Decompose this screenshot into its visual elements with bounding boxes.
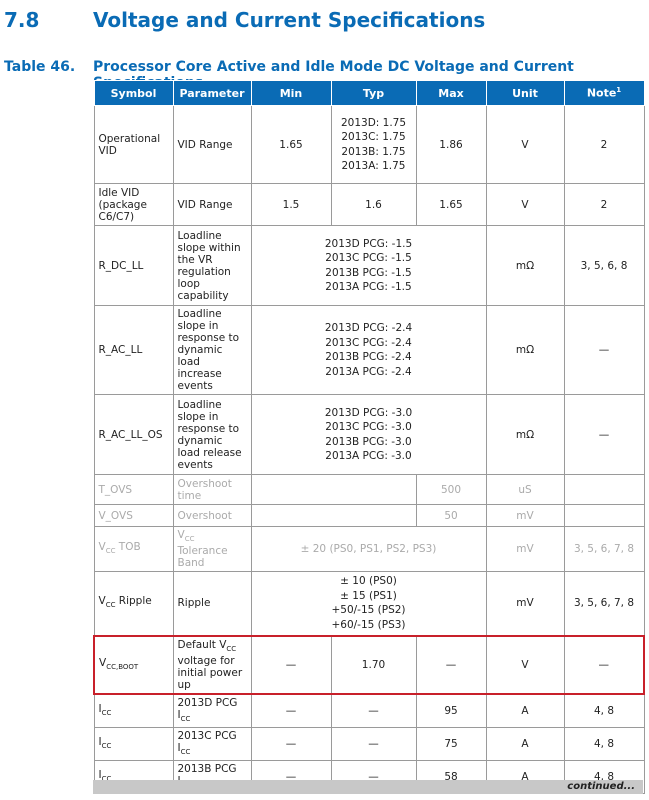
param-cell: Loadline slope within the VR regulation … (173, 226, 251, 306)
symbol-cell: ICC (94, 727, 173, 760)
max-cell: 500 (416, 475, 486, 505)
typ-cell: 2013D: 1.752013C: 1.752013B: 1.752013A: … (331, 106, 416, 184)
note-cell: 4, 8 (564, 727, 644, 760)
table-row: V_OVS Overshoot 50 mV (94, 505, 644, 527)
table-number: Table 46. (4, 59, 75, 75)
symbol-cell: R_DC_LL (94, 226, 173, 306)
table-row: Idle VID (package C6/C7) VID Range 1.5 1… (94, 184, 644, 226)
note-cell: — (564, 395, 644, 475)
max-cell: 50 (416, 505, 486, 527)
continued-label: continued... (93, 780, 643, 794)
header-parameter: Parameter (173, 81, 251, 106)
max-cell: 95 (416, 694, 486, 728)
min-cell: 1.5 (251, 184, 331, 226)
note-cell (564, 475, 644, 505)
header-unit: Unit (486, 81, 564, 106)
symbol-cell: R_AC_LL (94, 306, 173, 395)
symbol-cell: VCC Ripple (94, 572, 173, 636)
unit-cell: mV (486, 572, 564, 636)
unit-cell: A (486, 694, 564, 728)
unit-cell: mV (486, 527, 564, 572)
typ-cell: 1.70 (331, 636, 416, 694)
note-cell: — (564, 636, 644, 694)
table-row: VCC Ripple Ripple ± 10 (PS0)± 15 (PS1)+5… (94, 572, 644, 636)
note-cell: 2 (564, 106, 644, 184)
param-cell: Loadline slope in response to dynamic lo… (173, 306, 251, 395)
symbol-cell: V_OVS (94, 505, 173, 527)
max-cell: 1.65 (416, 184, 486, 226)
note-cell: 4, 8 (564, 694, 644, 728)
table-row: ICC 2013D PCGICC — — 95 A 4, 8 (94, 694, 644, 728)
symbol-cell: VCC,BOOT (94, 636, 173, 694)
typ-cell: — (331, 694, 416, 728)
note-cell: — (564, 306, 644, 395)
header-typ: Typ (331, 81, 416, 106)
max-cell: — (416, 636, 486, 694)
param-cell: VID Range (173, 184, 251, 226)
param-cell: Loadline slope in response to dynamic lo… (173, 395, 251, 475)
table-row: ICC 2013C PCGICC — — 75 A 4, 8 (94, 727, 644, 760)
value-cell: ± 20 (PS0, PS1, PS2, PS3) (251, 527, 486, 572)
min-cell: — (251, 727, 331, 760)
symbol-cell: Idle VID (package C6/C7) (94, 184, 173, 226)
unit-cell: A (486, 727, 564, 760)
header-symbol: Symbol (94, 81, 173, 106)
symbol-cell: ICC (94, 694, 173, 728)
unit-cell: V (486, 106, 564, 184)
min-cell: — (251, 636, 331, 694)
table-row: T_OVS Overshoot time 500 uS (94, 475, 644, 505)
max-cell: 75 (416, 727, 486, 760)
value-cell: 2013D PCG: -1.52013C PCG: -1.52013B PCG:… (251, 226, 486, 306)
min-cell: — (251, 694, 331, 728)
table-row: R_AC_LL Loadline slope in response to dy… (94, 306, 644, 395)
header-max: Max (416, 81, 486, 106)
symbol-cell: Operational VID (94, 106, 173, 184)
max-cell: 1.86 (416, 106, 486, 184)
note-cell: 3, 5, 6, 7, 8 (564, 527, 644, 572)
header-min: Min (251, 81, 331, 106)
param-cell: Overshoot time (173, 475, 251, 505)
value-cell: 2013D PCG: -3.02013C PCG: -3.02013B PCG:… (251, 395, 486, 475)
value-cell: 2013D PCG: -2.42013C PCG: -2.42013B PCG:… (251, 306, 486, 395)
unit-cell: mΩ (486, 306, 564, 395)
table-row-highlighted: VCC,BOOT Default VCC voltage for initial… (94, 636, 644, 694)
table-row: VCC TOB VCC Tolerance Band ± 20 (PS0, PS… (94, 527, 644, 572)
section-title: Voltage and Current Specifications (93, 8, 485, 32)
unit-cell: V (486, 636, 564, 694)
typ-cell: — (331, 727, 416, 760)
note-cell: 3, 5, 6, 7, 8 (564, 572, 644, 636)
symbol-cell: VCC TOB (94, 527, 173, 572)
min-cell: 1.65 (251, 106, 331, 184)
note-cell (564, 505, 644, 527)
param-cell: 2013D PCGICC (173, 694, 251, 728)
param-cell: 2013C PCGICC (173, 727, 251, 760)
param-cell: Overshoot (173, 505, 251, 527)
symbol-cell: R_AC_LL_OS (94, 395, 173, 475)
spec-table: Symbol Parameter Min Typ Max Unit Note1 … (93, 80, 645, 794)
header-note: Note1 (564, 81, 644, 106)
symbol-cell: T_OVS (94, 475, 173, 505)
table-row: R_DC_LL Loadline slope within the VR reg… (94, 226, 644, 306)
empty-cell (251, 475, 416, 505)
header-row: Symbol Parameter Min Typ Max Unit Note1 (94, 81, 644, 106)
typ-cell: 1.6 (331, 184, 416, 226)
table-row: Operational VID VID Range 1.65 2013D: 1.… (94, 106, 644, 184)
section-number: 7.8 (4, 8, 39, 32)
value-cell: ± 10 (PS0)± 15 (PS1)+50/-15 (PS2)+60/-15… (251, 572, 486, 636)
table-row: R_AC_LL_OS Loadline slope in response to… (94, 395, 644, 475)
unit-cell: mΩ (486, 226, 564, 306)
param-cell: Default VCC voltage for initial power up (173, 636, 251, 694)
note-cell: 2 (564, 184, 644, 226)
unit-cell: V (486, 184, 564, 226)
param-cell: VID Range (173, 106, 251, 184)
param-cell: Ripple (173, 572, 251, 636)
param-cell: VCC Tolerance Band (173, 527, 251, 572)
note-cell: 3, 5, 6, 8 (564, 226, 644, 306)
unit-cell: mV (486, 505, 564, 527)
unit-cell: uS (486, 475, 564, 505)
empty-cell (251, 505, 416, 527)
unit-cell: mΩ (486, 395, 564, 475)
